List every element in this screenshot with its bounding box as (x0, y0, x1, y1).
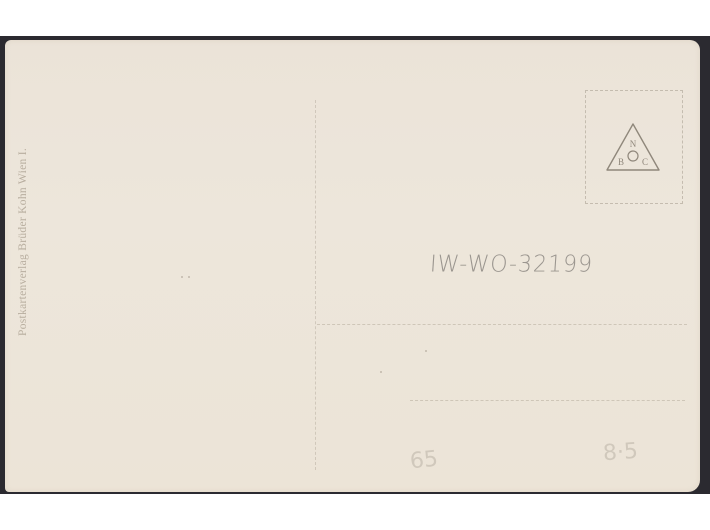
paper-speck (181, 276, 183, 278)
paper-speck (188, 276, 190, 278)
paper-speck (380, 371, 382, 373)
handwritten-reference: IW-WO-32199 (429, 251, 594, 277)
pencil-mark: 65 (409, 447, 439, 475)
paper-speck (425, 350, 427, 352)
pencil-mark: 8·5 (602, 439, 639, 466)
publisher-imprint: Postkartenverlag Brüder Kohn Wien I. (17, 148, 29, 336)
postcard-back: Postkartenverlag Brüder Kohn Wien I. N B… (5, 40, 700, 492)
svg-text:B: B (618, 157, 624, 167)
address-divider (315, 100, 316, 470)
address-line (410, 400, 685, 401)
stamp-box: N B C (585, 90, 683, 204)
svg-text:N: N (630, 139, 637, 149)
address-line (317, 324, 687, 325)
svg-text:C: C (642, 157, 648, 167)
triangle-logo-icon: N B C (604, 121, 662, 173)
